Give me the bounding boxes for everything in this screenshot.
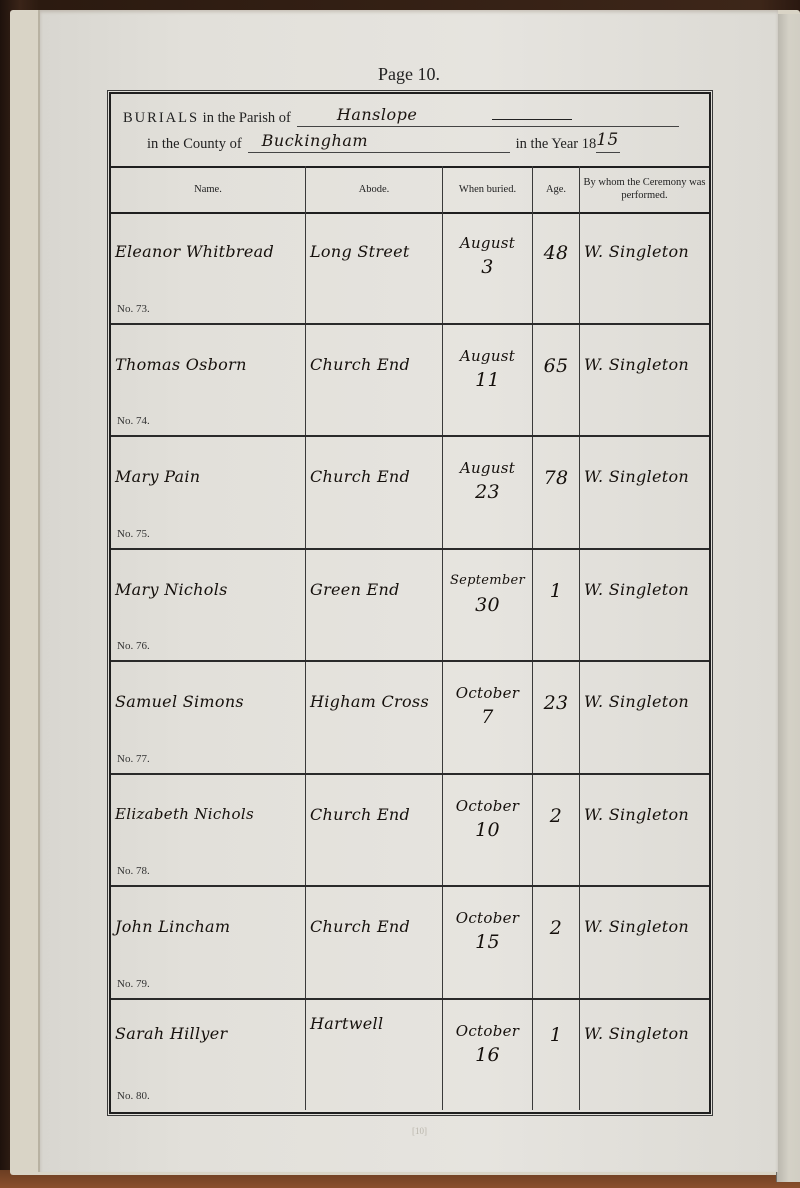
entry-officiant: W. Singleton [584, 692, 707, 711]
table-row: Eleanor Whitbread No. 73. Long Street Au… [111, 212, 709, 325]
entry-abode: Church End [310, 355, 440, 374]
entry-month: August [460, 347, 515, 365]
entry-abode: Church End [310, 917, 440, 936]
entry-officiant: W. Singleton [584, 805, 707, 824]
entry-officiant: W. Singleton [584, 917, 707, 936]
year-printed: 18 [582, 136, 597, 153]
entry-age: 48 [533, 242, 579, 264]
table-row: John Lincham No. 79. Church End October1… [111, 887, 709, 1000]
county-value: Buckingham [262, 131, 368, 150]
entry-abode: Church End [310, 805, 440, 824]
entry-when-buried: October16 [443, 1020, 532, 1066]
table-row: Mary Pain No. 75. Church End August23 78… [111, 437, 709, 550]
parish-value: Hanslope [337, 105, 417, 124]
entry-number: No. 78. [117, 865, 150, 877]
parish-field: Hanslope [297, 106, 679, 127]
table-row: Thomas Osborn No. 74. Church End August1… [111, 325, 709, 438]
facing-page-edge [776, 14, 800, 1182]
county-line: in the County of Buckingham in the Year … [147, 132, 626, 153]
entry-officiant: W. Singleton [584, 355, 707, 374]
entry-name: Samuel Simons [115, 692, 303, 711]
county-label: in the County of [147, 136, 242, 153]
entry-name: Sarah Hillyer [115, 1024, 303, 1043]
column-abode: Abode. [305, 166, 442, 212]
entry-month: October [456, 797, 520, 815]
entry-day: 3 [443, 256, 532, 278]
column-when-buried: When buried. [442, 166, 532, 212]
burial-register-table: BURIALS in the Parish of Hanslope in the… [109, 92, 711, 1114]
entry-when-buried: October10 [443, 795, 532, 841]
entry-day: 30 [443, 594, 532, 616]
entry-name: Mary Pain [115, 467, 303, 486]
table-row: Samuel Simons No. 77. Higham Cross Octob… [111, 662, 709, 775]
table-row: Sarah Hillyer No. 80. Hartwell October16… [111, 1000, 709, 1111]
entry-day: 15 [443, 931, 532, 953]
entry-month: August [460, 459, 515, 477]
register-page: Page 10. BURIALS in the Parish of Hanslo… [38, 10, 778, 1172]
entry-number: No. 76. [117, 640, 150, 652]
entry-number: No. 77. [117, 753, 150, 765]
entry-age: 2 [533, 917, 579, 939]
year-value: 15 [596, 130, 619, 150]
year-field: 15 [596, 132, 620, 153]
entry-name: Elizabeth Nichols [115, 805, 303, 823]
entry-number: No. 79. [117, 978, 150, 990]
entry-when-buried: August11 [443, 345, 532, 391]
year-label: in the Year [516, 136, 578, 153]
entry-number: No. 80. [117, 1090, 150, 1102]
entry-number: No. 74. [117, 415, 150, 427]
entry-when-buried: October15 [443, 907, 532, 953]
entry-day: 7 [443, 706, 532, 728]
entry-officiant: W. Singleton [584, 242, 707, 261]
entry-officiant: W. Singleton [584, 1024, 707, 1043]
footer-mark: [10] [412, 1126, 427, 1136]
entry-abode: Higham Cross [310, 692, 440, 711]
entry-age: 1 [533, 580, 579, 602]
entry-when-buried: September30 [443, 570, 532, 616]
entry-month: October [456, 684, 520, 702]
burials-label: BURIALS [123, 110, 199, 127]
table-row: Mary Nichols No. 76. Green End September… [111, 550, 709, 663]
entry-officiant: W. Singleton [584, 467, 707, 486]
entry-age: 1 [533, 1024, 579, 1046]
entry-officiant: W. Singleton [584, 580, 707, 599]
entry-when-buried: August23 [443, 457, 532, 503]
entry-month: September [450, 573, 525, 588]
entry-name: Eleanor Whitbread [115, 242, 303, 261]
entry-month: October [456, 1022, 520, 1040]
column-headers: Name. Abode. When buried. Age. By whom t… [111, 166, 709, 214]
entry-name: Mary Nichols [115, 580, 303, 599]
entry-age: 23 [533, 692, 579, 714]
parish-label: in the Parish of [203, 110, 291, 127]
column-officiant: By whom the Ceremony was performed. [579, 166, 709, 212]
entry-day: 11 [443, 369, 532, 391]
entry-abode: Church End [310, 467, 440, 486]
entry-age: 65 [533, 355, 579, 377]
dash-mark [492, 119, 572, 120]
county-field: Buckingham [248, 132, 510, 153]
entry-day: 10 [443, 819, 532, 841]
entry-abode: Green End [310, 580, 440, 599]
entry-age: 78 [533, 467, 579, 489]
entry-month: October [456, 909, 520, 927]
entry-name: John Lincham [115, 917, 303, 936]
entry-day: 23 [443, 481, 532, 503]
entry-when-buried: October7 [443, 682, 532, 728]
entry-number: No. 75. [117, 528, 150, 540]
entry-name: Thomas Osborn [115, 355, 303, 374]
entry-age: 2 [533, 805, 579, 827]
entry-abode: Hartwell [310, 1014, 440, 1033]
entry-month: August [460, 234, 515, 252]
entry-day: 16 [443, 1044, 532, 1066]
register-heading: BURIALS in the Parish of Hanslope in the… [111, 94, 709, 168]
parish-line: BURIALS in the Parish of Hanslope [123, 106, 685, 127]
entry-abode: Long Street [310, 242, 440, 261]
table-row: Elizabeth Nichols No. 78. Church End Oct… [111, 775, 709, 888]
column-name: Name. [111, 166, 305, 212]
page-title: Page 10. [40, 64, 778, 85]
entry-number: No. 73. [117, 303, 150, 315]
burial-entries: Eleanor Whitbread No. 73. Long Street Au… [111, 212, 709, 1112]
entry-when-buried: August3 [443, 232, 532, 278]
column-age: Age. [532, 166, 579, 212]
